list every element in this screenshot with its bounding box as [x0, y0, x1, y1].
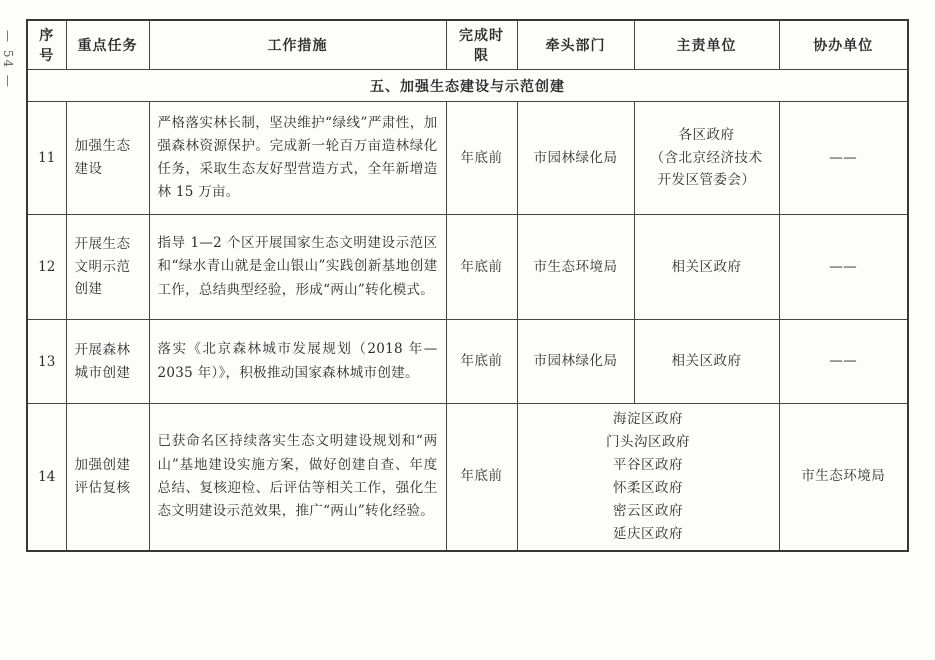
cell-deadline: 年底前: [446, 404, 517, 551]
table-header-row: 序号 重点任务 工作措施 完成时限 牵头部门 主责单位 协办单位: [27, 20, 908, 70]
cell-responsible: 相关区政府: [634, 320, 779, 404]
header-assisting-unit: 协办单位: [779, 20, 908, 70]
table-row: 14 加强创建评估复核 已获命名区持续落实生态文明建设规划和“两山”基地建设实施…: [27, 404, 908, 551]
scanned-document-page: — 54 — 序号 重点任务 工作措施 完成时限 牵头部门 主责单位 协办单位 …: [0, 0, 935, 660]
header-deadline: 完成时限: [446, 20, 517, 70]
cell-lead-responsible-merged: 海淀区政府 门头沟区政府 平谷区政府 怀柔区政府 密云区政府 延庆区政府: [517, 404, 779, 551]
cell-lead: 市园林绿化局: [517, 320, 634, 404]
cell-assisting: ——: [779, 102, 908, 215]
cell-deadline: 年底前: [446, 102, 517, 215]
cell-measures: 指导 1—2 个区开展国家生态文明建设示范区和“绿水青山就是金山银山”实践创新基…: [149, 215, 446, 320]
page-number-margin: — 54 —: [1, 30, 15, 120]
cell-responsible: 各区政府 （含北京经济技术 开发区管委会）: [634, 102, 779, 215]
section-title: 五、加强生态建设与示范创建: [27, 70, 908, 102]
cell-assisting: ——: [779, 215, 908, 320]
cell-deadline: 年底前: [446, 215, 517, 320]
cell-assisting: 市生态环境局: [779, 404, 908, 551]
cell-no: 14: [27, 404, 66, 551]
cell-no: 12: [27, 215, 66, 320]
cell-lead: 市生态环境局: [517, 215, 634, 320]
cell-task: 加强生态建设: [66, 102, 149, 215]
cell-assisting: ——: [779, 320, 908, 404]
table-row: 11 加强生态建设 严格落实林长制，坚决维护“绿线”严肃性，加强森林资源保护。完…: [27, 102, 908, 215]
header-serial-number: 序号: [27, 20, 66, 70]
section-title-row: 五、加强生态建设与示范创建: [27, 70, 908, 102]
cell-no: 11: [27, 102, 66, 215]
work-plan-table: 序号 重点任务 工作措施 完成时限 牵头部门 主责单位 协办单位 五、加强生态建…: [26, 19, 909, 552]
cell-measures: 严格落实林长制，坚决维护“绿线”严肃性，加强森林资源保护。完成新一轮百万亩造林绿…: [149, 102, 446, 215]
cell-task: 加强创建评估复核: [66, 404, 149, 551]
cell-deadline: 年底前: [446, 320, 517, 404]
header-work-measures: 工作措施: [149, 20, 446, 70]
cell-task: 开展生态文明示范创建: [66, 215, 149, 320]
cell-task: 开展森林城市创建: [66, 320, 149, 404]
header-lead-department: 牵头部门: [517, 20, 634, 70]
cell-lead: 市园林绿化局: [517, 102, 634, 215]
cell-responsible: 相关区政府: [634, 215, 779, 320]
table-row: 12 开展生态文明示范创建 指导 1—2 个区开展国家生态文明建设示范区和“绿水…: [27, 215, 908, 320]
header-responsible-unit: 主责单位: [634, 20, 779, 70]
header-key-task: 重点任务: [66, 20, 149, 70]
cell-measures: 落实《北京森林城市发展规划（2018 年—2035 年）》，积极推动国家森林城市…: [149, 320, 446, 404]
cell-no: 13: [27, 320, 66, 404]
cell-measures: 已获命名区持续落实生态文明建设规划和“两山”基地建设实施方案，做好创建自查、年度…: [149, 404, 446, 551]
table-row: 13 开展森林城市创建 落实《北京森林城市发展规划（2018 年—2035 年）…: [27, 320, 908, 404]
